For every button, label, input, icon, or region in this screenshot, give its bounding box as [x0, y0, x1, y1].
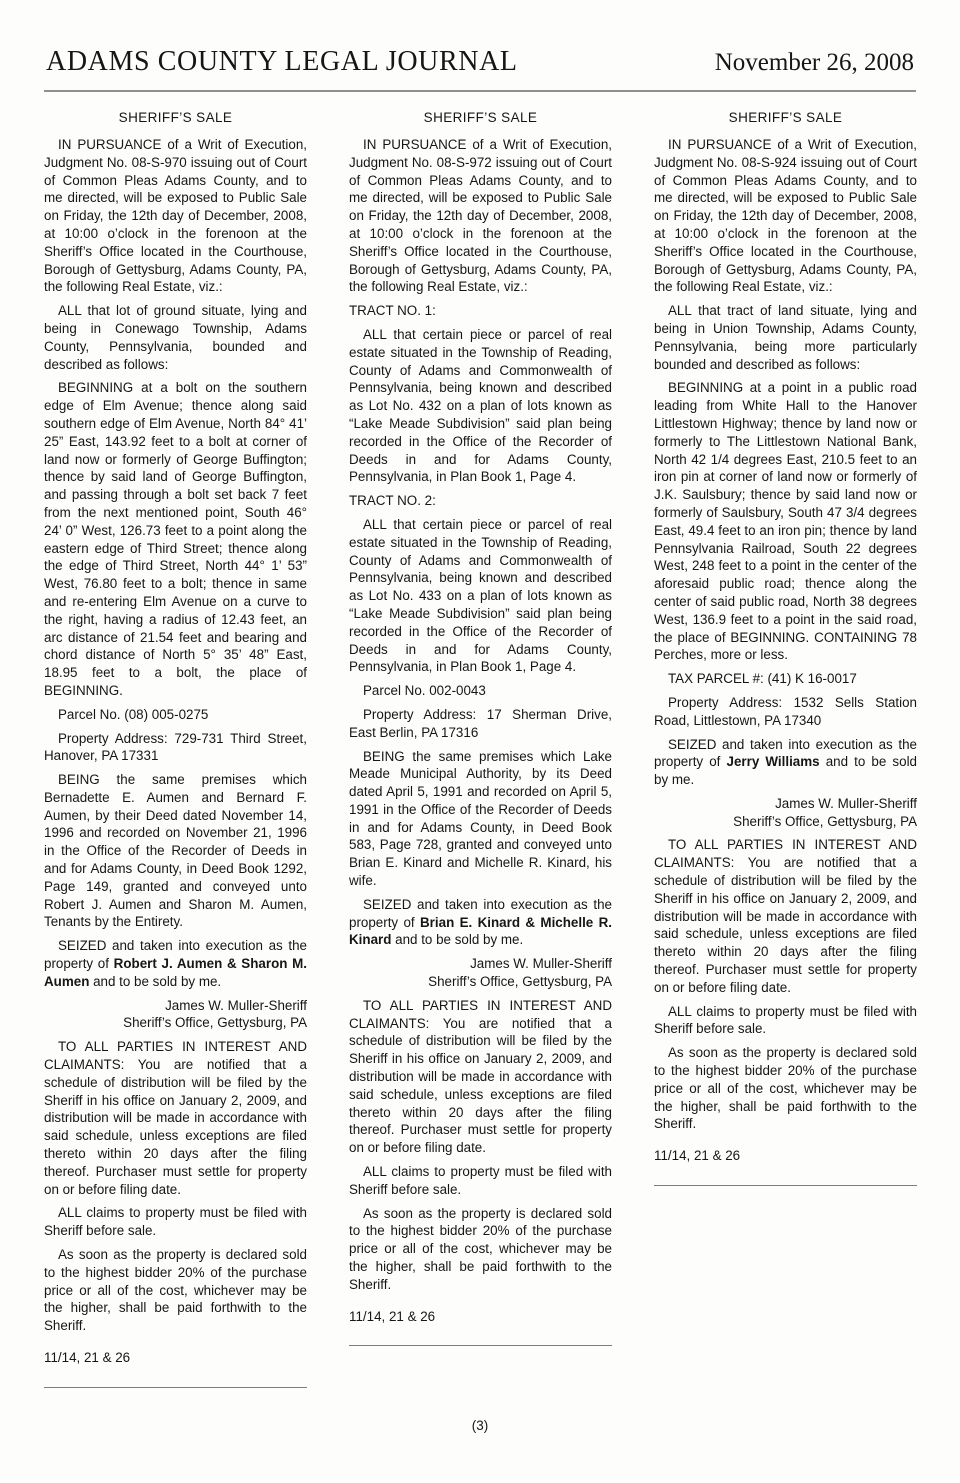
notice-paragraph: ALL that certain piece or parcel of real… [349, 326, 612, 486]
notice-paragraph: ALL that lot of ground situate, lying an… [44, 302, 307, 373]
notice-paragraph: ALL that certain piece or parcel of real… [349, 516, 612, 676]
defendant-name: Brian E. Kinard & Michelle R. Kinard [349, 915, 612, 948]
notice-paragraph: As soon as the property is declared sold… [44, 1246, 307, 1335]
page-number: (3) [0, 1418, 960, 1433]
notice-heading: SHERIFF’S SALE [654, 110, 917, 125]
notice-heading: SHERIFF’S SALE [44, 110, 307, 125]
notice-divider [349, 1345, 612, 1346]
notice-paragraph: Parcel No. 002-0043 [349, 682, 612, 700]
notice-paragraph: TRACT NO. 1: [349, 302, 612, 320]
notice-paragraph: BEING the same premises which Bernadette… [44, 771, 307, 931]
signature-line: James W. Muller-Sheriff [349, 955, 612, 973]
notice-paragraph: TO ALL PARTIES IN INTEREST AND CLAIMANTS… [44, 1038, 307, 1198]
notice-paragraph: ALL that tract of land situate, lying an… [654, 302, 917, 373]
notice-paragraph: IN PURSUANCE of a Writ of Execution, Jud… [349, 136, 612, 296]
publication-dates: 11/14, 21 & 26 [44, 1349, 307, 1367]
signature-line: James W. Muller-Sheriff [654, 795, 917, 813]
notice-paragraph: BEGINNING at a bolt on the southern edge… [44, 379, 307, 699]
journal-page: ADAMS COUNTY LEGAL JOURNAL November 26, … [0, 0, 960, 1483]
notice-paragraph: Parcel No. (08) 005-0275 [44, 706, 307, 724]
defendant-name: Robert J. Aumen & Sharon M. Aumen [44, 956, 307, 989]
defendant-name: Jerry Williams [727, 754, 820, 769]
signature-line: Sheriff’s Office, Gettysburg, PA [44, 1014, 307, 1032]
notice-paragraph: ALL claims to property must be filed wit… [44, 1204, 307, 1240]
notice-paragraph: IN PURSUANCE of a Writ of Execution, Jud… [44, 136, 307, 296]
notice-paragraph: ALL claims to property must be filed wit… [349, 1163, 612, 1199]
notice-paragraph: IN PURSUANCE of a Writ of Execution, Jud… [654, 136, 917, 296]
notice-column-3: SHERIFF’S SALEIN PURSUANCE of a Writ of … [654, 110, 917, 1388]
masthead: ADAMS COUNTY LEGAL JOURNAL November 26, … [44, 46, 916, 92]
notice-paragraph: TO ALL PARTIES IN INTEREST AND CLAIMANTS… [349, 997, 612, 1157]
notice-paragraph: TRACT NO. 2: [349, 492, 612, 510]
notice-paragraph: BEGINNING at a point in a public road le… [654, 379, 917, 664]
notice-paragraph: As soon as the property is declared sold… [349, 1205, 612, 1294]
notice-paragraph: TO ALL PARTIES IN INTEREST AND CLAIMANTS… [654, 836, 917, 996]
signature-line: Sheriff’s Office, Gettysburg, PA [654, 813, 917, 831]
notice-paragraph: Property Address: 1532 Sells Station Roa… [654, 694, 917, 730]
publication-dates: 11/14, 21 & 26 [654, 1147, 917, 1165]
notice-paragraph: As soon as the property is declared sold… [654, 1044, 917, 1133]
notice-column-1: SHERIFF’S SALEIN PURSUANCE of a Writ of … [44, 110, 307, 1388]
notice-paragraph: SEIZED and taken into execution as the p… [349, 896, 612, 949]
issue-date: November 26, 2008 [715, 49, 914, 77]
notice-paragraph: Property Address: 17 Sherman Drive, East… [349, 706, 612, 742]
notice-divider [44, 1387, 307, 1388]
notice-paragraph: SEIZED and taken into execution as the p… [44, 937, 307, 990]
notice-paragraph: ALL claims to property must be filed wit… [654, 1003, 917, 1039]
notice-paragraph: BEING the same premises which Lake Meade… [349, 748, 612, 890]
journal-title: ADAMS COUNTY LEGAL JOURNAL [46, 46, 518, 78]
notice-heading: SHERIFF’S SALE [349, 110, 612, 125]
notice-column-2: SHERIFF’S SALEIN PURSUANCE of a Writ of … [349, 110, 612, 1388]
signature-line: James W. Muller-Sheriff [44, 997, 307, 1015]
notice-paragraph: TAX PARCEL #: (41) K 16-0017 [654, 670, 917, 688]
notice-paragraph: SEIZED and taken into execution as the p… [654, 736, 917, 789]
notice-paragraph: Property Address: 729-731 Third Street, … [44, 730, 307, 766]
signature-line: Sheriff’s Office, Gettysburg, PA [349, 973, 612, 991]
notice-divider [654, 1185, 917, 1186]
publication-dates: 11/14, 21 & 26 [349, 1308, 612, 1326]
columns: SHERIFF’S SALEIN PURSUANCE of a Writ of … [44, 110, 916, 1388]
